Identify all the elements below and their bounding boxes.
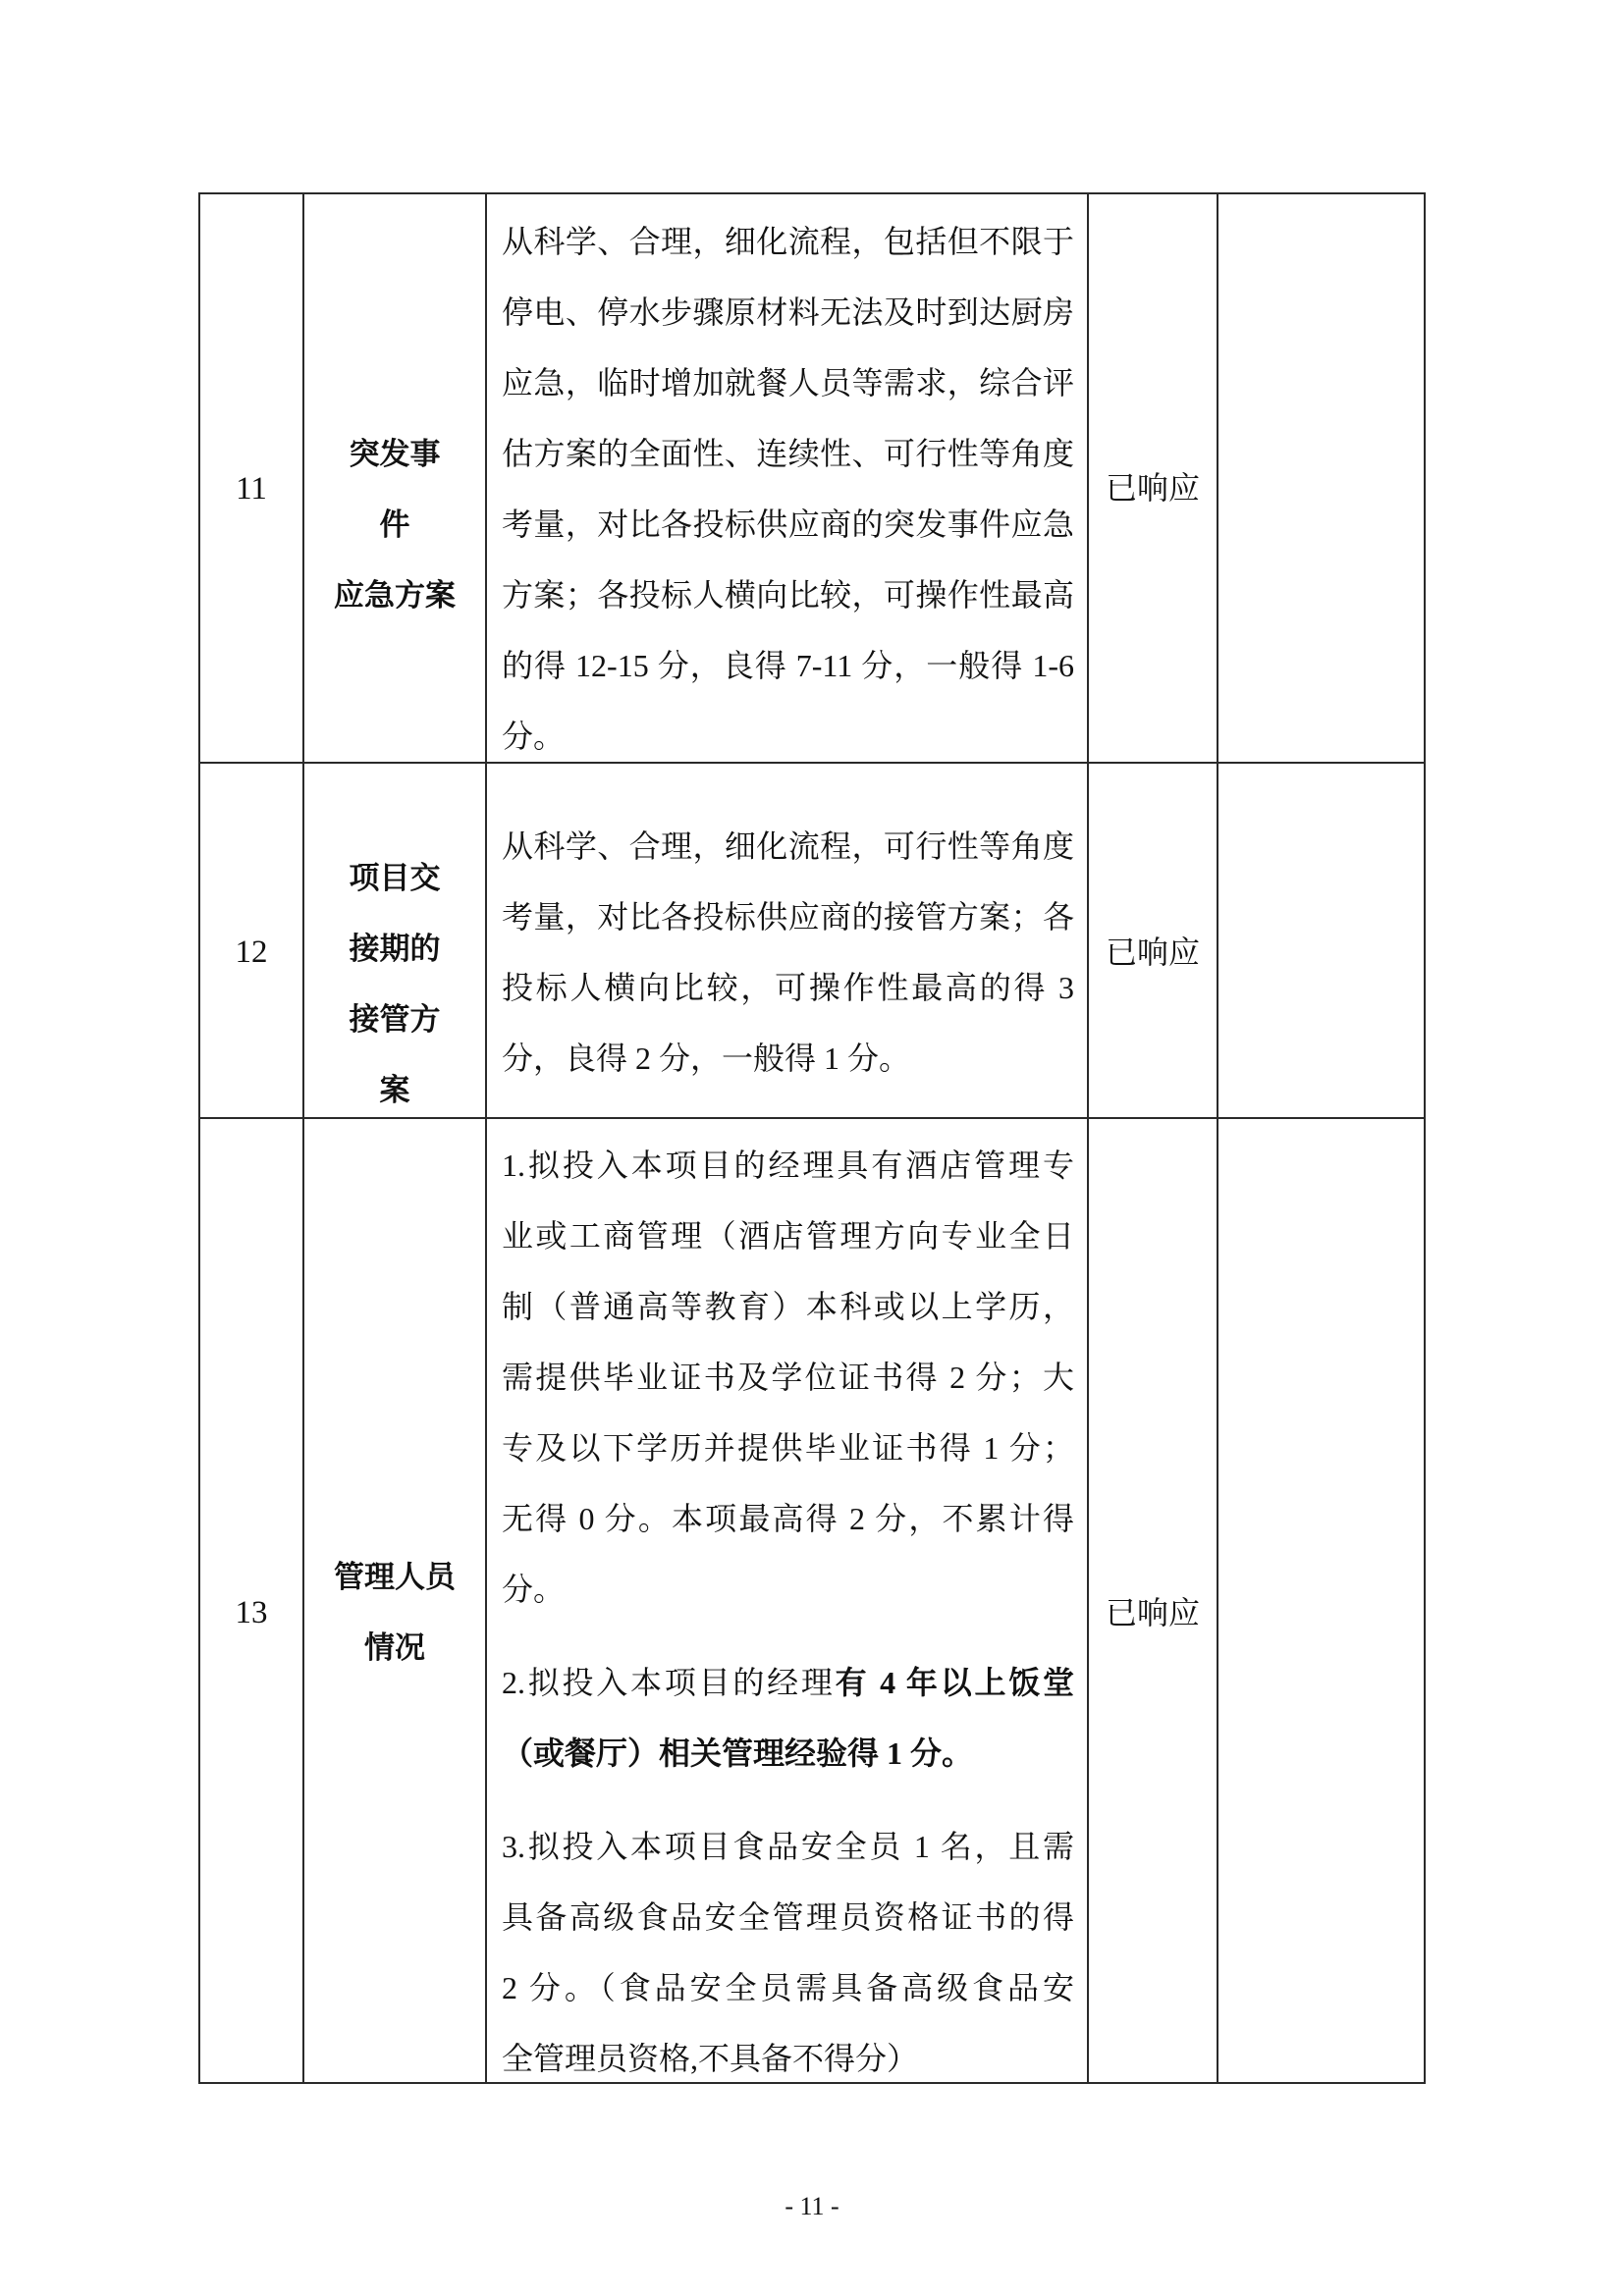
row-13-response-cell: 已响应 (1089, 1119, 1218, 2084)
item-title-line: 接期的 (304, 914, 485, 985)
criteria-paragraph: 从科学、合理，细化流程，可行性等角度 考量，对比各投标供应商的接管方案；各 投标… (502, 811, 1074, 1094)
criteria-line: 3.拟投入本项目食品安全员 1 名，且需 (502, 1811, 1074, 1882)
row-12-response-cell: 已响应 (1089, 764, 1218, 1119)
page-number: - 11 - (0, 2192, 1624, 2221)
criteria-line: 需提供毕业证书及学位证书得 2 分；大 (502, 1342, 1074, 1413)
row-11-response-cell: 已响应 (1089, 194, 1218, 764)
row-13-criteria-cell: 1.拟投入本项目的经理具有酒店管理专 业或工商管理（酒店管理方向专业全日 制（普… (487, 1119, 1089, 2084)
item-title-line: 项目交 (304, 843, 485, 914)
item-title-line: 情况 (304, 1613, 485, 1683)
response-status: 已响应 (1089, 917, 1217, 988)
criteria-line: 的得 12-15 分，良得 7-11 分，一般得 1-6 (502, 630, 1074, 701)
criteria-emphasis-text: 有 4 年以上饭堂 (836, 1665, 1074, 1700)
criteria-text: 2.拟投入本项目的经理 (502, 1665, 836, 1700)
criteria-emphasis-text: （或餐厅）相关管理经验得 1 分。 (502, 1735, 973, 1771)
criteria-line: 考量，对比各投标供应商的接管方案；各 (502, 881, 1074, 952)
item-title-line: 管理人员 (304, 1542, 485, 1613)
criteria-line: 制（普通高等教育）本科或以上学历， (502, 1271, 1074, 1342)
criteria-line: 方案；各投标人横向比较，可操作性最高 (502, 560, 1074, 630)
item-title-line: 件 (304, 490, 485, 561)
row-11-number-cell: 11 (200, 194, 304, 764)
item-title-line: 突发事 (304, 419, 485, 490)
row-12-criteria-cell: 从科学、合理，细化流程，可行性等角度 考量，对比各投标供应商的接管方案；各 投标… (487, 764, 1089, 1119)
row-12-number-cell: 12 (200, 764, 304, 1119)
criteria-line: 1.拟投入本项目的经理具有酒店管理专 (502, 1130, 1074, 1201)
criteria-line: 分。 (502, 701, 1074, 772)
response-status: 已响应 (1089, 1577, 1217, 1648)
criteria-line: 2.拟投入本项目的经理有 4 年以上饭堂 (502, 1647, 1074, 1718)
response-status: 已响应 (1089, 453, 1217, 523)
criteria-line: 业或工商管理（酒店管理方向专业全日 (502, 1201, 1074, 1271)
criteria-line: 考量，对比各投标供应商的突发事件应急 (502, 489, 1074, 560)
row-number: 13 (200, 1577, 302, 1648)
row-13-remark-cell (1218, 1119, 1426, 2084)
criteria-line: 应急，临时增加就餐人员等需求，综合评 (502, 347, 1074, 418)
item-title-line: 接管方 (304, 985, 485, 1055)
criteria-line: 估方案的全面性、连续性、可行性等角度 (502, 418, 1074, 489)
criteria-line: 无得 0 分。本项最高得 2 分，不累计得 (502, 1483, 1074, 1554)
criteria-paragraph-food-safety: 3.拟投入本项目食品安全员 1 名，且需 具备高级食品安全管理员资格证书的得 2… (502, 1811, 1074, 2094)
row-11-item-cell: 突发事 件 应急方案 (304, 194, 487, 764)
document-page: 11 突发事 件 应急方案 从科学、合理，细化流程，包括但不限于 停电、停水步骤… (0, 0, 1624, 2296)
criteria-line: 投标人横向比较，可操作性最高的得 3 (502, 952, 1074, 1023)
criteria-line: 2 分。（食品安全员需具备高级食品安 (502, 1952, 1074, 2023)
criteria-line: 全管理员资格,不具备不得分） (502, 2023, 1074, 2094)
criteria-line: 专及以下学历并提供毕业证书得 1 分； (502, 1413, 1074, 1483)
scoring-table: 11 突发事 件 应急方案 从科学、合理，细化流程，包括但不限于 停电、停水步骤… (198, 192, 1426, 2084)
item-title-line: 案 (304, 1055, 485, 1126)
criteria-line: 从科学、合理，细化流程，可行性等角度 (502, 811, 1074, 881)
criteria-paragraph-education: 1.拟投入本项目的经理具有酒店管理专 业或工商管理（酒店管理方向专业全日 制（普… (502, 1130, 1074, 1625)
criteria-line: 分。 (502, 1554, 1074, 1625)
criteria-line: （或餐厅）相关管理经验得 1 分。 (502, 1718, 1074, 1789)
row-12-item-cell: 项目交 接期的 接管方 案 (304, 764, 487, 1119)
row-12-remark-cell (1218, 764, 1426, 1119)
row-number: 11 (200, 454, 302, 524)
criteria-paragraph: 从科学、合理，细化流程，包括但不限于 停电、停水步骤原材料无法及时到达厨房 应急… (502, 206, 1074, 772)
criteria-line: 停电、停水步骤原材料无法及时到达厨房 (502, 277, 1074, 347)
row-number: 12 (200, 917, 302, 988)
criteria-line: 具备高级食品安全管理员资格证书的得 (502, 1882, 1074, 1952)
row-11-remark-cell (1218, 194, 1426, 764)
criteria-paragraph-experience: 2.拟投入本项目的经理有 4 年以上饭堂 （或餐厅）相关管理经验得 1 分。 (502, 1647, 1074, 1789)
criteria-line: 分，良得 2 分，一般得 1 分。 (502, 1023, 1074, 1094)
item-title-line: 应急方案 (304, 561, 485, 631)
row-13-item-cell: 管理人员 情况 (304, 1119, 487, 2084)
row-13-number-cell: 13 (200, 1119, 304, 2084)
criteria-line: 从科学、合理，细化流程，包括但不限于 (502, 206, 1074, 277)
row-11-criteria-cell: 从科学、合理，细化流程，包括但不限于 停电、停水步骤原材料无法及时到达厨房 应急… (487, 194, 1089, 764)
